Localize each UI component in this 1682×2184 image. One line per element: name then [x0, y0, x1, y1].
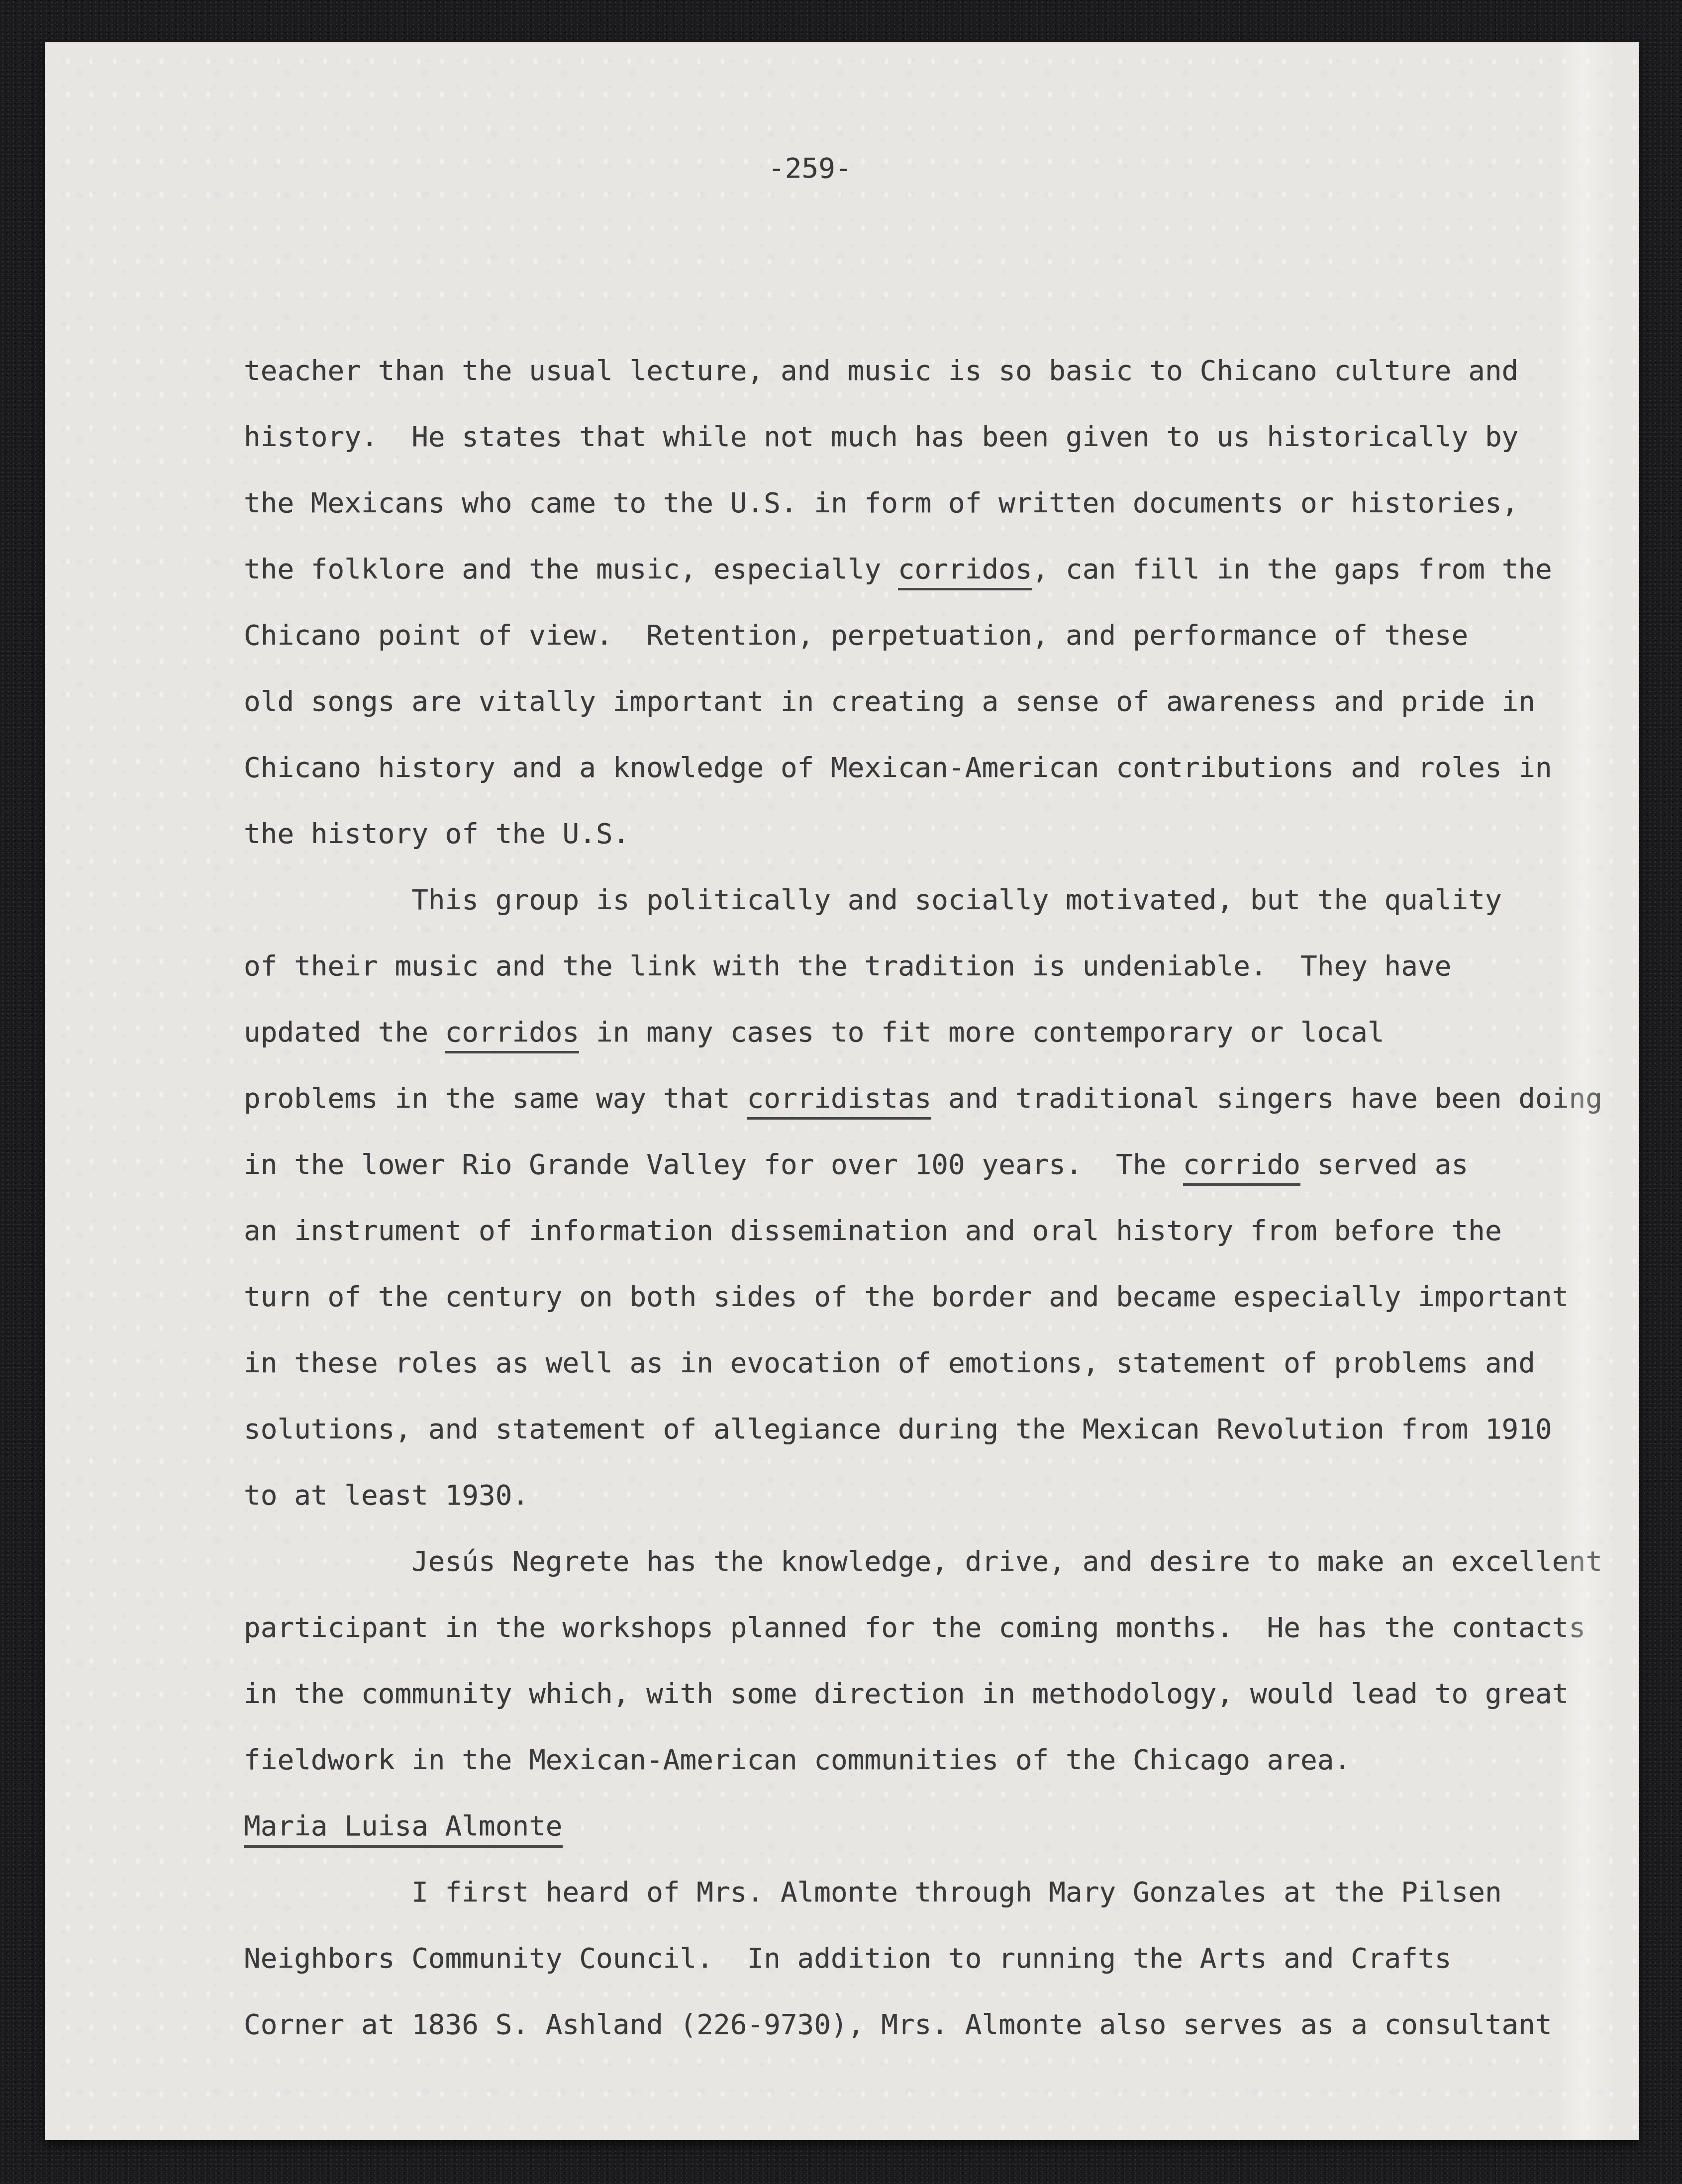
text-line: teacher than the usual lecture, and musi…: [244, 338, 1602, 404]
text-line: history. He states that while not much h…: [244, 404, 1602, 470]
text-segment: Neighbors Community Council. In addition…: [244, 1942, 1451, 1975]
text-segment: participant in the workshops planned for…: [244, 1612, 1585, 1644]
text-line: Jesús Negrete has the knowledge, drive, …: [244, 1528, 1602, 1595]
text-segment: in the community which, with some direct…: [244, 1678, 1569, 1710]
text-line: participant in the workshops planned for…: [244, 1595, 1602, 1661]
document-body: teacher than the usual lecture, and musi…: [244, 338, 1602, 2058]
text-line: Maria Luisa Almonte: [244, 1793, 1602, 1859]
text-segment: fieldwork in the Mexican-American commun…: [244, 1744, 1351, 1776]
text-segment: the history of the U.S.: [244, 818, 629, 850]
text-segment: and traditional singers have been doing: [931, 1082, 1602, 1115]
section-heading: Maria Luisa Almonte: [244, 1810, 563, 1848]
text-segment: Chicano history and a knowledge of Mexic…: [244, 752, 1552, 784]
text-segment: turn of the century on both sides of the…: [244, 1281, 1569, 1313]
text-line: in the community which, with some direct…: [244, 1661, 1602, 1727]
scan-background: { "page": { "number": "-259-" }, "colors…: [0, 0, 1682, 2184]
text-segment: This group is politically and socially m…: [244, 884, 1502, 916]
text-segment: the folklore and the music, especially: [244, 553, 898, 585]
text-line: the history of the U.S.: [244, 801, 1602, 867]
text-line: Neighbors Community Council. In addition…: [244, 1925, 1602, 1992]
text-segment: served as: [1300, 1148, 1468, 1181]
text-segment: Chicano point of view. Retention, perpet…: [244, 619, 1468, 652]
text-segment: Jesús Negrete has the knowledge, drive, …: [244, 1545, 1602, 1578]
text-line: in the lower Rio Grande Valley for over …: [244, 1132, 1602, 1198]
text-segment: old songs are vitally important in creat…: [244, 685, 1535, 718]
text-line: This group is politically and socially m…: [244, 867, 1602, 933]
text-line: turn of the century on both sides of the…: [244, 1264, 1602, 1330]
text-line: the Mexicans who came to the U.S. in for…: [244, 470, 1602, 536]
text-segment: Corner at 1836 S. Ashland (226-9730), Mr…: [244, 2008, 1552, 2041]
text-line: of their music and the link with the tra…: [244, 933, 1602, 999]
text-line: an instrument of information disseminati…: [244, 1198, 1602, 1264]
text-line: solutions, and statement of allegiance d…: [244, 1396, 1602, 1462]
text-line: problems in the same way that corridista…: [244, 1065, 1602, 1132]
underlined-term: corridos: [445, 1016, 580, 1053]
text-segment: the Mexicans who came to the U.S. in for…: [244, 487, 1518, 519]
underlined-term: corridos: [898, 553, 1032, 590]
text-line: fieldwork in the Mexican-American commun…: [244, 1727, 1602, 1793]
text-segment: history. He states that while not much h…: [244, 421, 1518, 453]
text-line: in these roles as well as in evocation o…: [244, 1330, 1602, 1396]
text-segment: updated the: [244, 1016, 445, 1048]
underlined-term: corridistas: [747, 1082, 931, 1120]
text-segment: problems in the same way that: [244, 1082, 747, 1115]
document-page: -259- teacher than the usual lecture, an…: [45, 42, 1639, 2140]
text-line: to at least 1930.: [244, 1462, 1602, 1528]
text-segment: , can fill in the gaps from the: [1032, 553, 1552, 585]
text-segment: of their music and the link with the tra…: [244, 950, 1451, 982]
text-line: Corner at 1836 S. Ashland (226-9730), Mr…: [244, 1992, 1602, 2058]
text-segment: in these roles as well as in evocation o…: [244, 1347, 1535, 1379]
text-line: Chicano point of view. Retention, perpet…: [244, 602, 1602, 668]
text-segment: an instrument of information disseminati…: [244, 1215, 1502, 1247]
text-segment: teacher than the usual lecture, and musi…: [244, 355, 1518, 387]
text-segment: in the lower Rio Grande Valley for over …: [244, 1148, 1183, 1181]
text-line: old songs are vitally important in creat…: [244, 668, 1602, 735]
text-segment: to at least 1930.: [244, 1479, 529, 1512]
text-line: I first heard of Mrs. Almonte through Ma…: [244, 1859, 1602, 1925]
text-segment: solutions, and statement of allegiance d…: [244, 1413, 1552, 1445]
text-line: updated the corridos in many cases to fi…: [244, 999, 1602, 1065]
underlined-term: corrido: [1183, 1148, 1300, 1186]
text-line: the folklore and the music, especially c…: [244, 536, 1602, 602]
text-segment: in many cases to fit more contemporary o…: [579, 1016, 1384, 1048]
text-segment: I first heard of Mrs. Almonte through Ma…: [244, 1876, 1502, 1908]
page-number: -259-: [768, 135, 852, 201]
text-line: Chicano history and a knowledge of Mexic…: [244, 735, 1602, 801]
